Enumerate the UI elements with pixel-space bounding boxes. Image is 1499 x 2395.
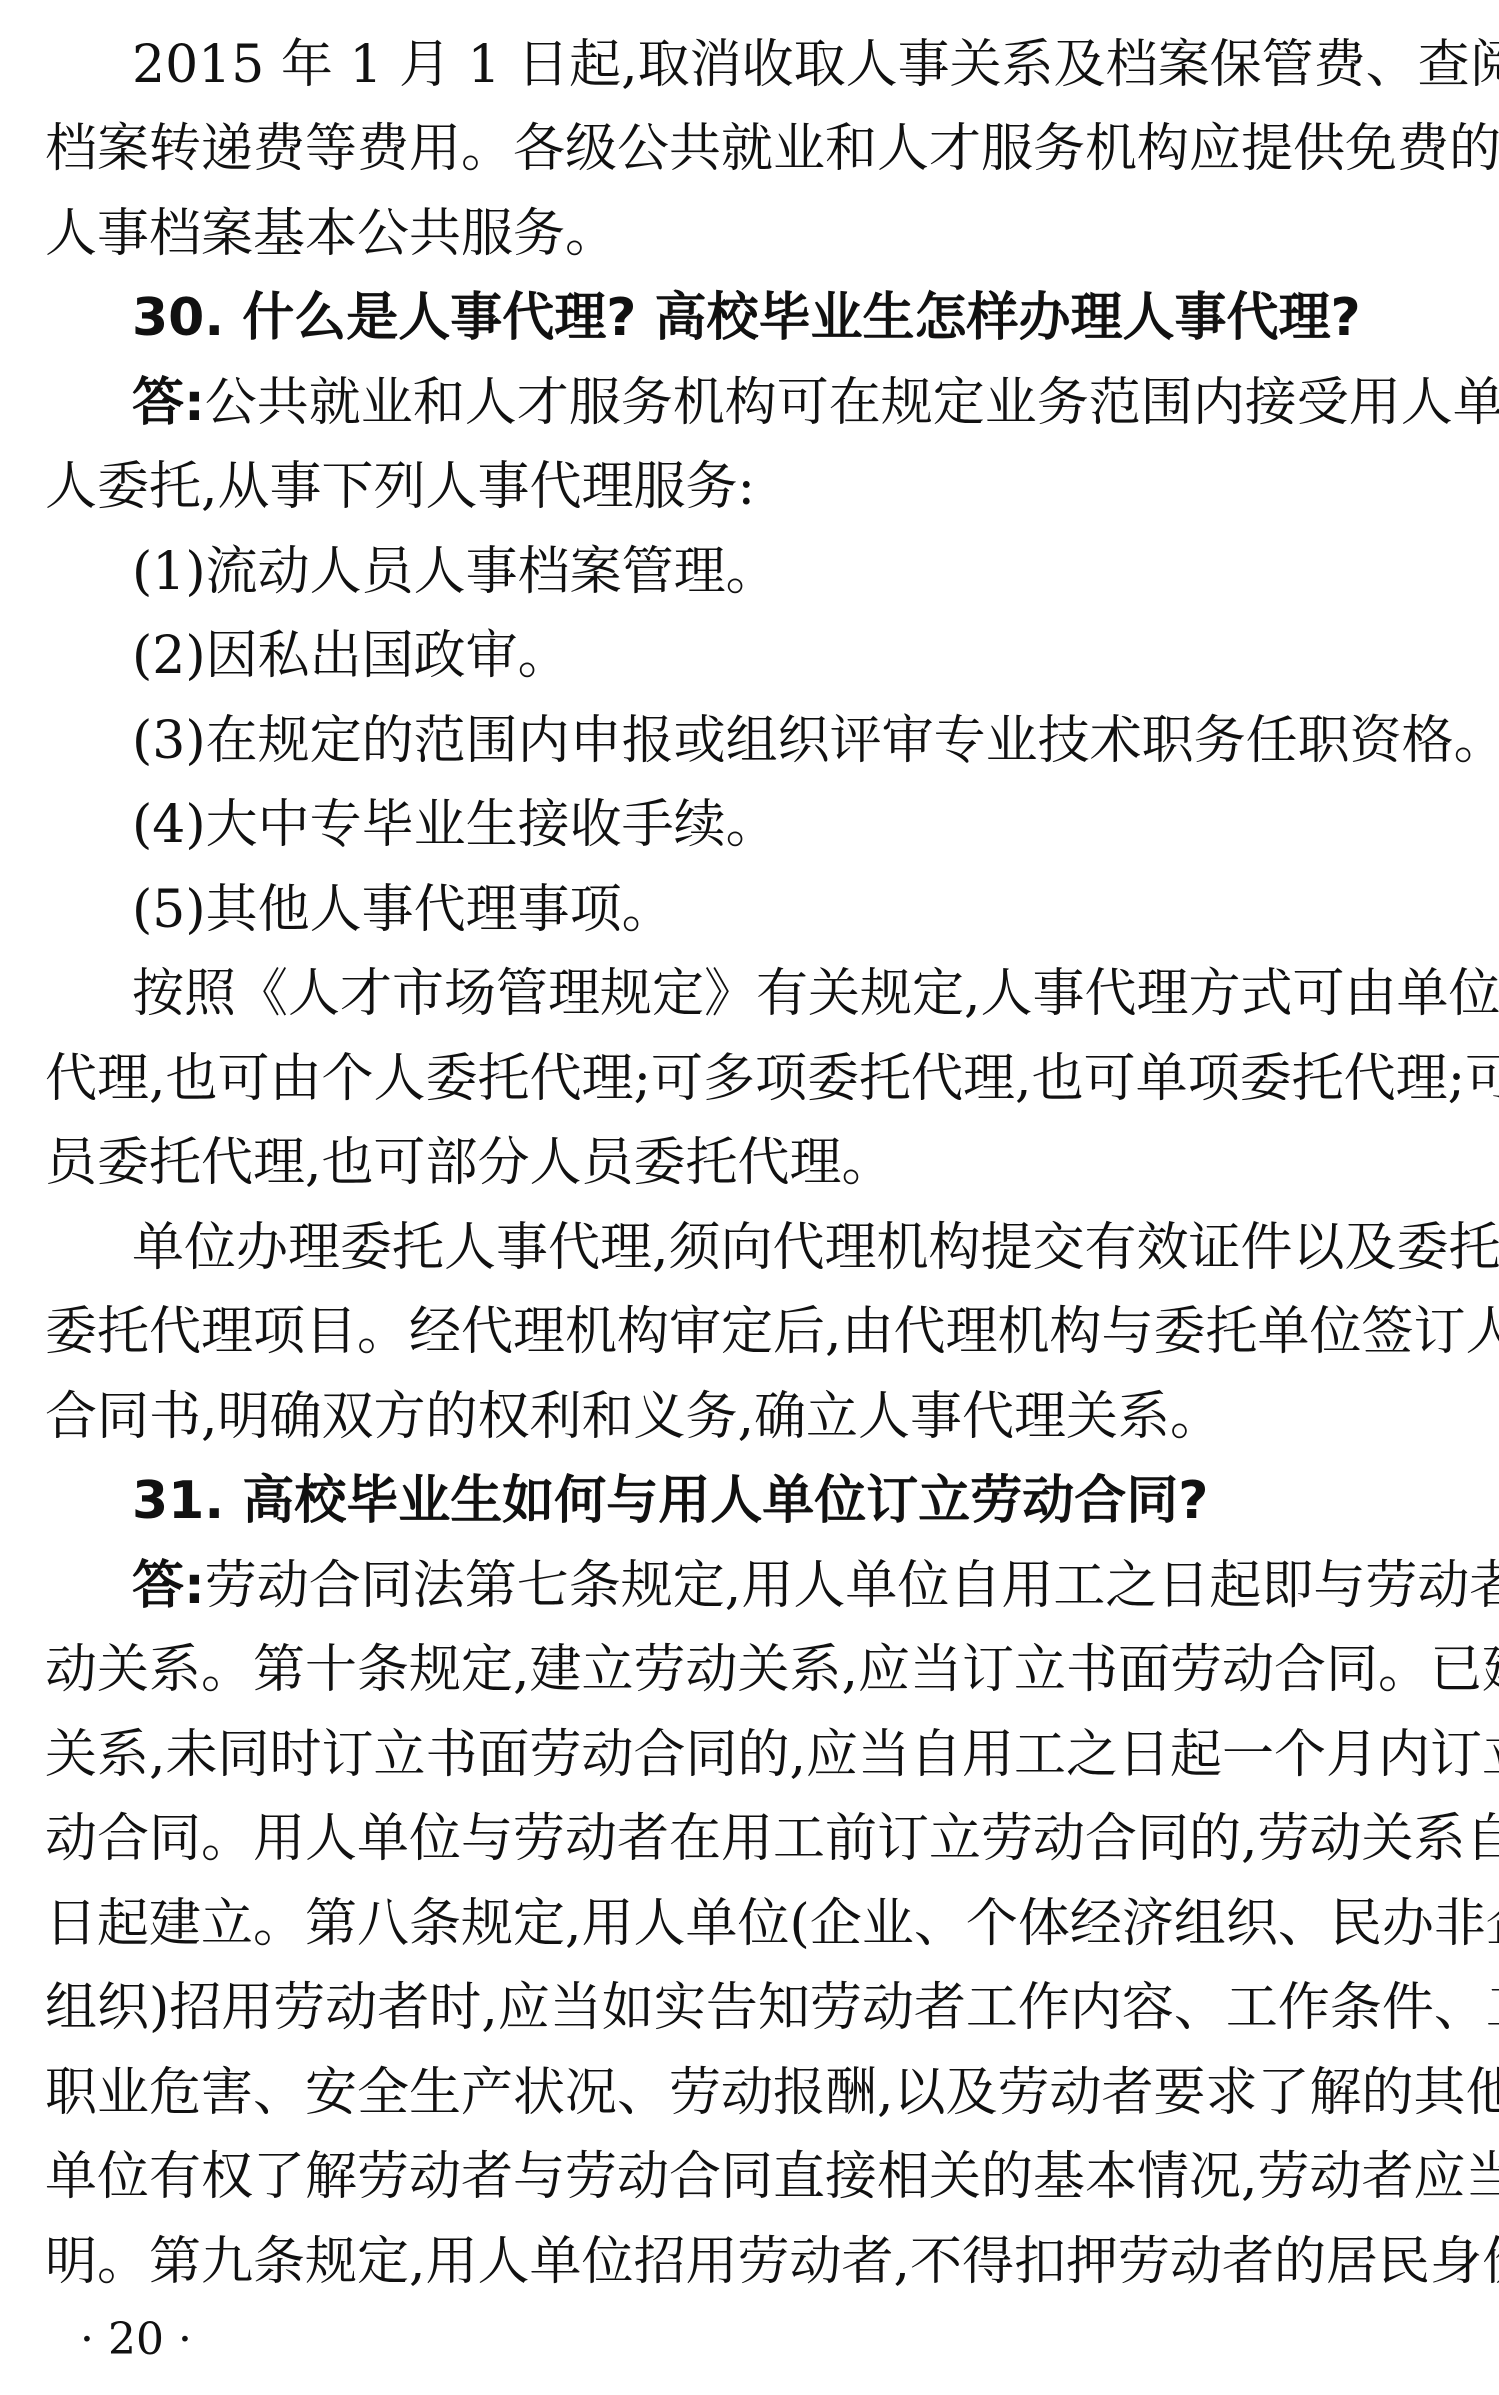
paragraph-line: 人事档案基本公共服务。 (45, 192, 1457, 276)
page-number: · 20 · (80, 2310, 192, 2370)
document-page: 2015 年 1 月 1 日起,取消收取人事关系及档案保管费、查阅费、证明费、 … (0, 0, 1499, 2395)
answer-label: 答: (132, 373, 205, 433)
answer-text: 公共就业和人才服务机构可在规定业务范围内接受用人单位和个 (205, 373, 1499, 433)
paragraph-line: 合同书,明确双方的权利和义务,确立人事代理关系。 (45, 1375, 1457, 1459)
list-item: (1)流动人员人事档案管理。 (132, 530, 1457, 614)
paragraph-line: 明。第九条规定,用人单位招用劳动者,不得扣押劳动者的居民身份证和其 (45, 2220, 1457, 2304)
answer-line: 答:劳动合同法第七条规定,用人单位自用工之日起即与劳动者建立劳 (132, 1544, 1457, 1628)
answer-label: 答: (132, 1556, 205, 1616)
answer-text: 劳动合同法第七条规定,用人单位自用工之日起即与劳动者建立劳 (205, 1556, 1499, 1616)
paragraph-line: 单位有权了解劳动者与劳动合同直接相关的基本情况,劳动者应当如实说 (45, 2135, 1457, 2219)
answer-line: 答:公共就业和人才服务机构可在规定业务范围内接受用人单位和个 (132, 361, 1457, 445)
paragraph-line: 单位办理委托人事代理,须向代理机构提交有效证件以及委托书,确定 (132, 1206, 1457, 1290)
paragraph-line: 员委托代理,也可部分人员委托代理。 (45, 1121, 1457, 1205)
list-item: (4)大中专毕业生接收手续。 (132, 783, 1457, 867)
paragraph-line: 职业危害、安全生产状况、劳动报酬,以及劳动者要求了解的其他情况;用人 (45, 2051, 1457, 2135)
paragraph-line: 关系,未同时订立书面劳动合同的,应当自用工之日起一个月内订立书面劳 (45, 1713, 1457, 1797)
list-item: (2)因私出国政审。 (132, 614, 1457, 698)
list-item: (5)其他人事代理事项。 (132, 868, 1457, 952)
paragraph-line: 代理,也可由个人委托代理;可多项委托代理,也可单项委托代理;可单位全 (45, 1037, 1457, 1121)
paragraph-line: 档案转递费等费用。各级公共就业和人才服务机构应提供免费的流动人员 (45, 107, 1457, 191)
paragraph-line: 日起建立。第八条规定,用人单位(企业、个体经济组织、民办非企业单位等 (45, 1882, 1457, 1966)
paragraph-line: 按照《人才市场管理规定》有关规定,人事代理方式可由单位集体委托 (132, 952, 1457, 1036)
paragraph-line: 动合同。用人单位与劳动者在用工前订立劳动合同的,劳动关系自用工之 (45, 1797, 1457, 1881)
paragraph-line: 组织)招用劳动者时,应当如实告知劳动者工作内容、工作条件、工作地点、 (45, 1966, 1457, 2050)
paragraph-line: 委托代理项目。经代理机构审定后,由代理机构与委托单位签订人事代理 (45, 1290, 1457, 1374)
paragraph-line: 动关系。第十条规定,建立劳动关系,应当订立书面劳动合同。已建立劳动 (45, 1628, 1457, 1712)
paragraph-line: 人委托,从事下列人事代理服务: (45, 445, 1457, 529)
question-heading-31: 31. 高校毕业生如何与用人单位订立劳动合同? (132, 1459, 1457, 1543)
question-heading-30: 30. 什么是人事代理? 高校毕业生怎样办理人事代理? (132, 276, 1457, 360)
paragraph-line: 2015 年 1 月 1 日起,取消收取人事关系及档案保管费、查阅费、证明费、 (132, 23, 1457, 107)
list-item: (3)在规定的范围内申报或组织评审专业技术职务任职资格。 (132, 699, 1457, 783)
